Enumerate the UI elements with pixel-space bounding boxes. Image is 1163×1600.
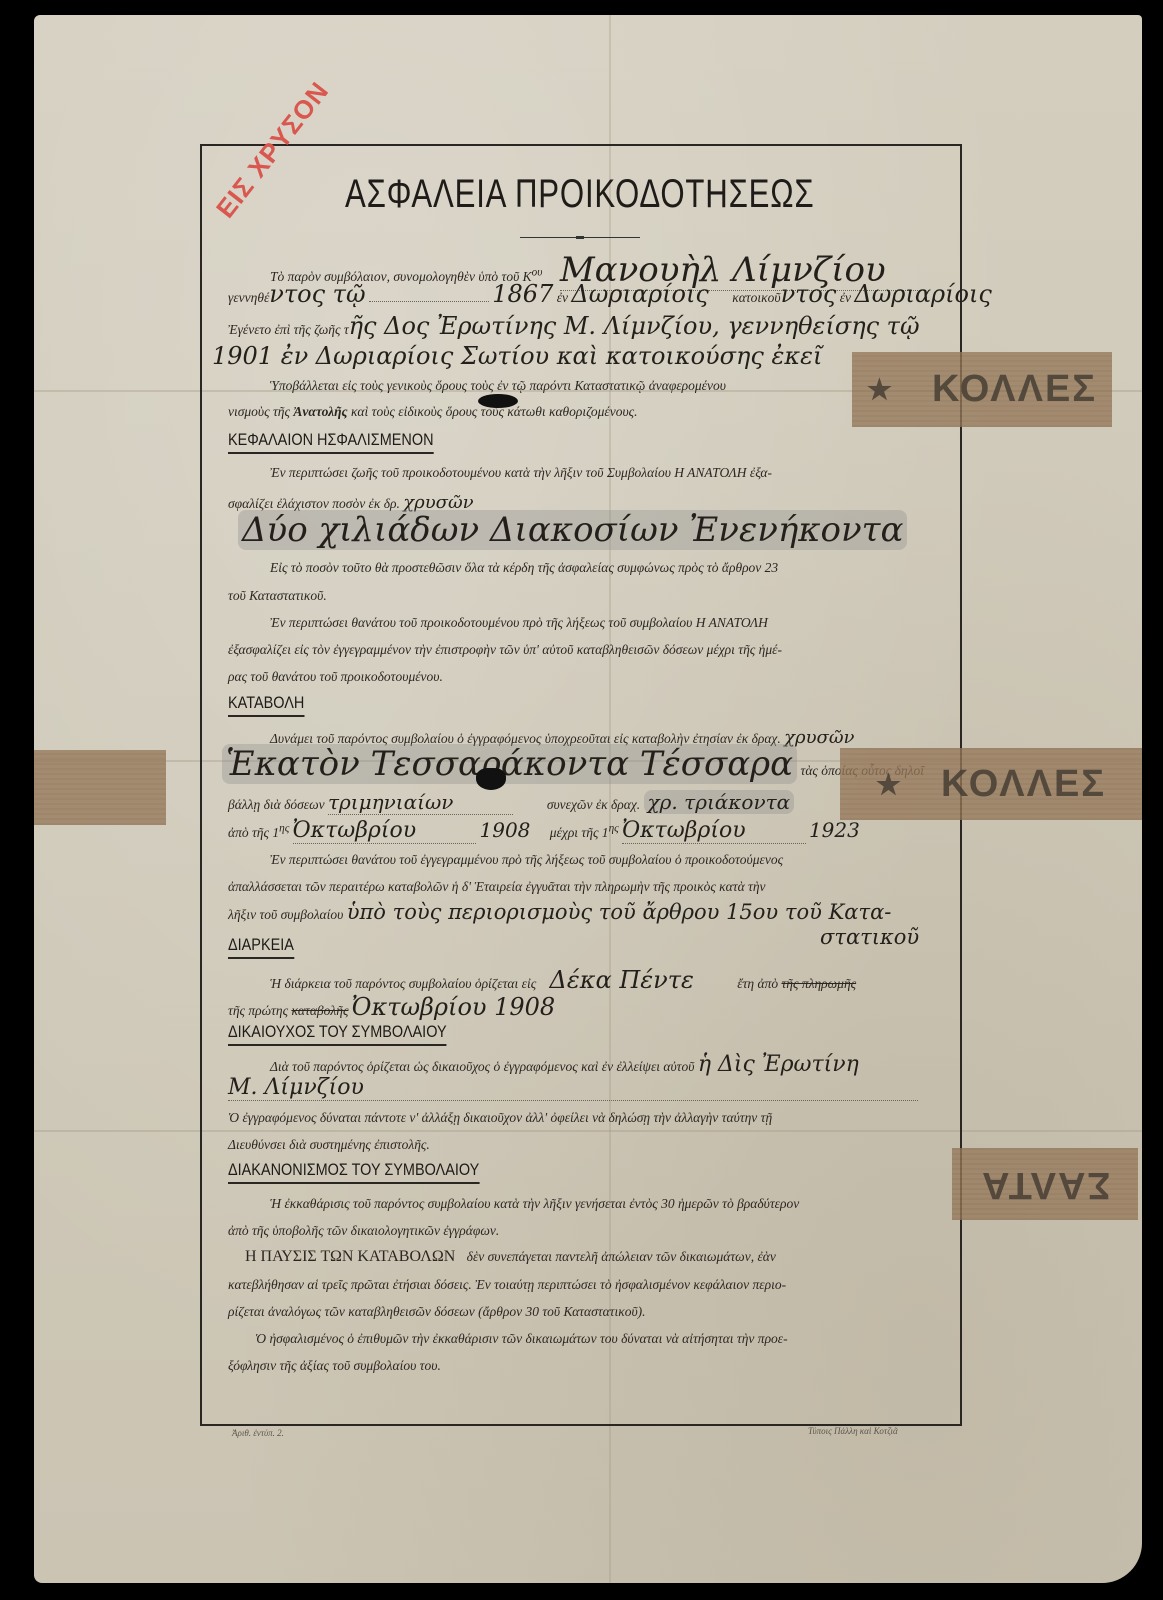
- title-ornament-rule: [520, 237, 640, 238]
- tape-strip: ★ ΚΟΛΛΕΣ: [852, 352, 1112, 427]
- diakanonismos-text: κατεβλήθησαν αἱ τρεῖς πρῶται ἐτήσιαι δόσ…: [228, 1277, 786, 1293]
- diakanonismos-text: ρίζεται ἀναλόγως τῶν καταβληθεισῶν δόσεω…: [228, 1304, 646, 1320]
- kefalaion-text: Ἐν περιπτώσει ζωῆς τοῦ προικοδοτουμένου …: [270, 465, 772, 481]
- dikaiouxos-text: Διευθύνσει διὰ συστημένης ἐπιστολῆς.: [228, 1137, 430, 1153]
- handwritten-amount: Δύο χιλιάδων Διακοσίων Ἐνενήκοντα: [238, 510, 907, 550]
- tape-strip: ΣΑΛΤΑ: [952, 1148, 1138, 1220]
- diakanonismos-text: Η ΠΑΥΣΙΣ ΤΩΝ ΚΑΤΑΒΟΛΩΝ δὲν συνεπάγεται π…: [245, 1248, 776, 1266]
- ink-blot: [476, 768, 506, 790]
- intro-line-4: 1901 ἐν Δωριαρίοις Σωτίου καὶ κατοικούση…: [212, 342, 822, 370]
- kefalaion-text: ἐξασφαλίζει εἰς τὸν ἐγγεγραμμένον τὴν ἐπ…: [228, 642, 782, 658]
- tape-strip: ★ ΚΟΛΛΕΣ: [840, 748, 1142, 820]
- star-icon: ★: [867, 373, 892, 406]
- diakanonismos-text: Ἡ ἐκκαθάρισις τοῦ παρόντος συμβολαίου κα…: [270, 1196, 799, 1212]
- star-icon: ★: [876, 768, 901, 801]
- intro-line-5: Ὑποβάλλεται εἰς τοὺς γενικοὺς ὅρους τοὺς…: [270, 378, 726, 394]
- dikaiouxos-text: Διὰ τοῦ παρόντος ὁρίζεται ὡς δικαιοῦχος …: [270, 1052, 859, 1077]
- diakanonismos-text: ἀπὸ τῆς ὑποβολῆς τῶν δικαιολογητικῶν ἐγγ…: [228, 1223, 499, 1239]
- diarkeia-text: τῆς πρώτης καταβολῆς Ὀκτωβρίου 1908: [228, 993, 555, 1021]
- footer-form-number: Ἀριθ. ἐντύπ. 2.: [232, 1428, 284, 1438]
- section-heading-dikaiouxos: ΔΙΚΑΙΟΥΧΟΣ ΤΟΥ ΣΥΜΒΟΛΑΙΟΥ: [228, 1022, 447, 1046]
- diakanonismos-text: ξόφλησιν τῆς ἀξίας τοῦ συμβολαίου του.: [228, 1358, 441, 1374]
- footer-printer: Τύποις Πάλλη καὶ Κοτζιᾶ: [808, 1426, 898, 1436]
- diakanonismos-text: Ὁ ἠσφαλισμένος ὁ ἐπιθυμῶν τὴν ἐκκαθάρισι…: [255, 1331, 788, 1347]
- kefalaion-text: Ἐν περιπτώσει θανάτου τοῦ προικοδοτουμέν…: [270, 615, 768, 631]
- intro-line-6: νισμοὺς τῆς Ἀνατολῆς καὶ τοὺς εἰδικοὺς ὅ…: [228, 404, 638, 420]
- katavoli-text: στατικοῦ: [820, 925, 919, 949]
- katavoli-text: βάλλῃ διὰ δόσεων τριμηνιαίων συνεχῶν ἐκ …: [228, 790, 794, 815]
- kefalaion-text: Εἰς τὸ ποσὸν τοῦτο θὰ προστεθῶσιν ὅλα τὰ…: [270, 560, 778, 576]
- section-heading-katavoli: ΚΑΤΑΒΟΛΗ: [228, 693, 304, 717]
- section-heading-diakanonismos: ΔΙΑΚΑΝΟΝΙΣΜΟΣ ΤΟΥ ΣΥΜΒΟΛΑΙΟΥ: [228, 1160, 479, 1184]
- katavoli-text: Ἑκατὸν Τεσσαράκοντα Τέσσαρα τὰς ὁποίας ο…: [222, 744, 924, 784]
- intro-line-2: γεννηθέντος τῷ 1867 ἐν Δωριαρίοις κατοικ…: [228, 280, 992, 308]
- katavoli-text: λῆξιν τοῦ συμβολαίου ὑπὸ τοὺς περιορισμο…: [228, 900, 891, 924]
- tape-strip: [34, 750, 166, 825]
- dikaiouxos-text: Ὁ ἐγγραφόμενος δύναται πάντοτε ν' ἀλλάξῃ…: [228, 1110, 772, 1126]
- diarkeia-text: Ἡ διάρκεια τοῦ παρόντος συμβολαίου ὁρίζε…: [270, 966, 856, 994]
- katavoli-dates: ἀπὸ τῆς 1ης Ὀκτωβρίου 1908 μέχρι τῆς 1ης…: [228, 818, 860, 844]
- document-title: ΑΣΦΑΛΕΙΑ ΠΡΟΙΚΟΔΟΤΗΣΕΩΣ: [345, 172, 814, 217]
- kefalaion-text: τοῦ Καταστατικοῦ.: [228, 588, 327, 604]
- kefalaion-text: ρας τοῦ θανάτου τοῦ προικοδοτουμένου.: [228, 669, 443, 685]
- intro-line-3: Ἐγένετο ἐπὶ τῆς ζωῆς τῆς Δος Ἐρωτίνης Μ.…: [228, 312, 920, 340]
- katavoli-text: Ἐν περιπτώσει θανάτου τοῦ ἐγγεγραμμένου …: [270, 852, 783, 868]
- section-heading-kefalaion: ΚΕΦΑΛΑΙΟΝ ΗΣΦΑΛΙΣΜΕΝΟΝ: [228, 430, 434, 454]
- section-heading-diarkeia: ΔΙΑΡΚΕΙΑ: [228, 935, 294, 959]
- dikaiouxos-text: Μ. Λίμνζίου: [228, 1075, 918, 1101]
- ink-blot: [478, 394, 518, 408]
- katavoli-text: ἀπαλλάσσεται τῶν περαιτέρω καταβολῶν ἡ δ…: [228, 879, 766, 895]
